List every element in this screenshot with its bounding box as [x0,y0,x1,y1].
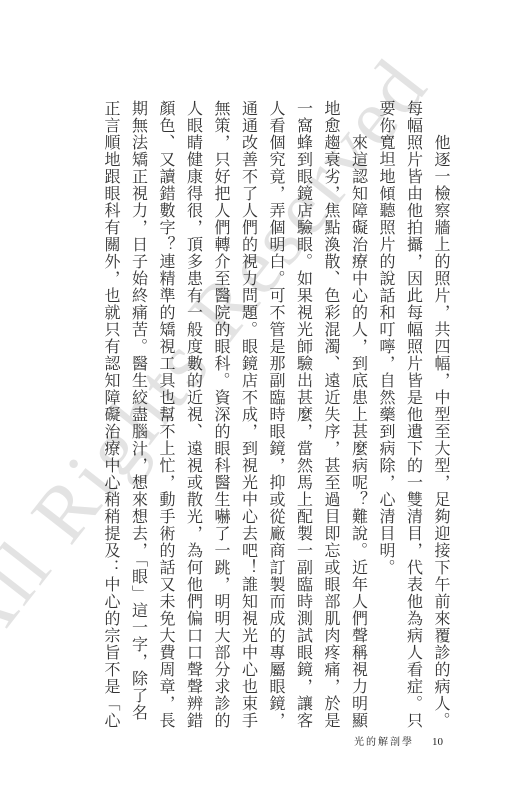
book-page: All Rights Reserved 他逐一檢察牆上的照片，共四幅，中型至大型… [0,0,528,792]
paragraph-1: 他逐一檢察牆上的照片，共四幅，中型至大型，足夠迎接下午前來覆診的病人。每幅照片皆… [372,100,455,731]
body-text: 他逐一檢察牆上的照片，共四幅，中型至大型，足夠迎接下午前來覆診的病人。每幅照片皆… [97,100,455,731]
page-number: 10 [432,736,443,748]
page-footer: 光的解剖學 10 [354,733,443,748]
paragraph-2: 來這認知障礙治療中心的人，到底患上甚麼病呢？難說。近年人們聲稱視力明顯地愈趨衰劣… [97,100,372,731]
book-title: 光的解剖學 [354,733,414,748]
